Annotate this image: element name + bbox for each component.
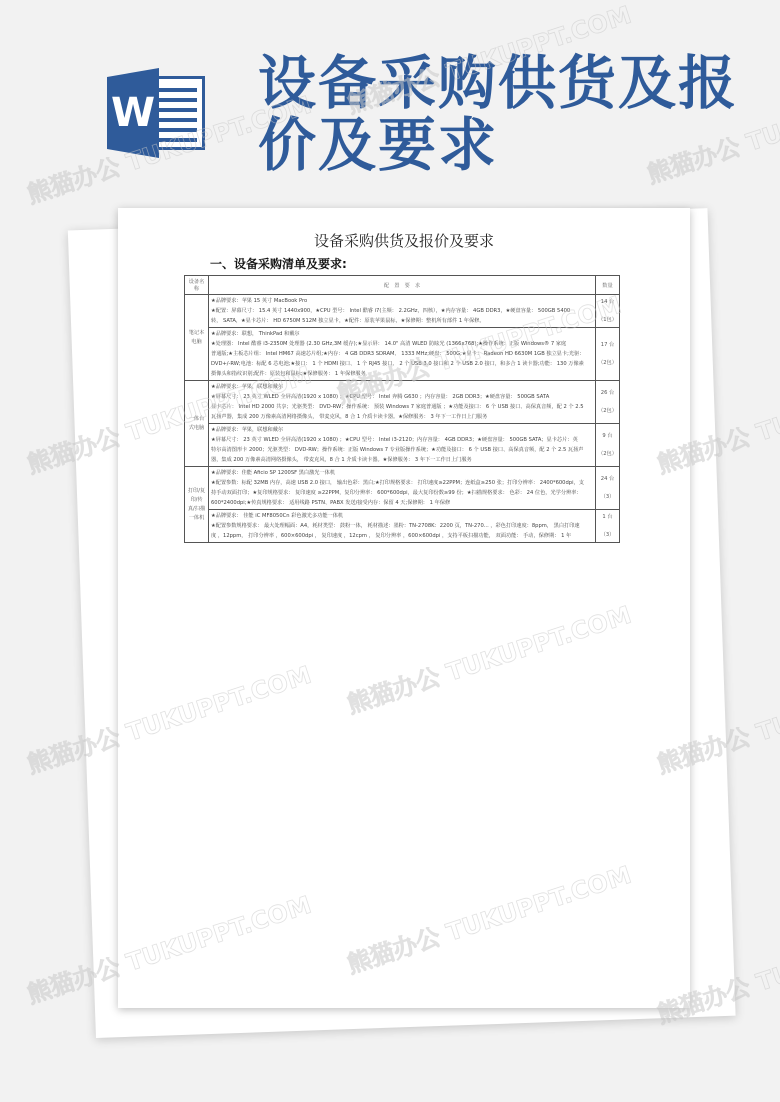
table-body: 笔记本电脑★品牌要求：苹果 15 英寸 MacBook Pro★配置：屏幕尺寸：… bbox=[185, 295, 620, 543]
banner-title: 设备采购供货及报价及要求 bbox=[258, 52, 738, 176]
table-row: 打印/复印/传真/扫描一体机★品牌要求：佳能 Aficio SP 1200SF … bbox=[185, 467, 620, 510]
quantity-value: 26 台 bbox=[598, 387, 617, 399]
config-requirements: ★品牌要求：苹果 15 英寸 MacBook Pro★配置：屏幕尺寸： 15.4… bbox=[209, 295, 596, 328]
header-quantity: 数量 bbox=[596, 276, 620, 295]
table-row: ★品牌要求：联想， ThinkPad 和戴尔★处理器： Intel 酷睿 i3-… bbox=[185, 328, 620, 381]
requirement-line: ★品牌要求：苹果 15 英寸 MacBook Pro bbox=[211, 296, 593, 306]
header-config-requirements: 配 置 要 求 bbox=[209, 276, 596, 295]
quantity-package: （2包） bbox=[598, 448, 617, 460]
quantity-value: 9 台 bbox=[598, 430, 617, 442]
config-requirements: ★品牌要求： 佳能 iC MF8050Cn 彩色激光多功能一体机★配置参数规格要… bbox=[209, 510, 596, 543]
config-requirements: ★品牌要求：联想， ThinkPad 和戴尔★处理器： Intel 酷睿 i3-… bbox=[209, 328, 596, 381]
quantity-value: 14 台 bbox=[598, 296, 617, 308]
requirement-line: 普通版;★主板芯片组： Intel HM67 高速芯片组;★内存： 4 GB D… bbox=[211, 349, 593, 359]
requirement-line: ★配置参数：标配 32MB 内存，高速 USB 2.0 接口， 输出色彩：黑白;… bbox=[211, 478, 593, 488]
header-equipment-name: 设备名称 bbox=[185, 276, 209, 295]
requirement-line: 显卡芯片： Intel HD 2000 共享；光驱类型： DVD-RW；操作系统… bbox=[211, 402, 593, 412]
requirement-line: ★品牌要求：联想， ThinkPad 和戴尔 bbox=[211, 329, 593, 339]
equipment-table: 设备名称 配 置 要 求 数量 笔记本电脑★品牌要求：苹果 15 英寸 MacB… bbox=[184, 275, 620, 543]
requirement-line: ★配置参数规格要求： 最大处理幅面：A4，耗材类型： 鼓粉一体， 耗材描述：墨粉… bbox=[211, 521, 593, 531]
table-row: 笔记本电脑★品牌要求：苹果 15 英寸 MacBook Pro★配置：屏幕尺寸：… bbox=[185, 295, 620, 328]
requirement-line: ★屏幕尺寸： 23 英寸 WLED 全屏高清(1920 x 1080) ；★CP… bbox=[211, 392, 593, 402]
requirement-line: ★屏幕尺寸： 23 英寸 WLED 全屏高清(1920 x 1080) ；★CP… bbox=[211, 435, 593, 445]
quantity-package: （2包） bbox=[598, 357, 617, 369]
equipment-name: 笔记本电脑 bbox=[185, 295, 209, 381]
table-header-row: 设备名称 配 置 要 求 数量 bbox=[185, 276, 620, 295]
document-title: 设备采购供货及报价及要求 bbox=[118, 230, 690, 251]
quantity-package: （1包） bbox=[598, 314, 617, 326]
config-requirements: ★品牌要求：苹果，联想和戴尔★屏幕尺寸： 23 英寸 WLED 全屏高清(192… bbox=[209, 381, 596, 424]
quantity-value: 17 台 bbox=[598, 339, 617, 351]
section-heading: 一、设备采购清单及要求: bbox=[210, 255, 347, 272]
equipment-name: 打印/复印/传真/扫描一体机 bbox=[185, 467, 209, 543]
requirement-line: ★品牌要求：佳能 Aficio SP 1200SF 黑白激光一体机 bbox=[211, 468, 593, 478]
quantity-value: 24 台 bbox=[598, 473, 617, 485]
requirement-line: ★品牌要求： 佳能 iC MF8050Cn 彩色激光多功能一体机 bbox=[211, 511, 593, 521]
requirement-line: ★品牌要求：苹果，联想和戴尔 bbox=[211, 425, 593, 435]
equipment-name: 一体台式电脑 bbox=[185, 381, 209, 467]
quantity-value: 1 台 bbox=[598, 511, 617, 523]
table-row: ★品牌要求： 佳能 iC MF8050Cn 彩色激光多功能一体机★配置参数规格要… bbox=[185, 510, 620, 543]
quantity-cell: 17 台（2包） bbox=[596, 328, 620, 381]
requirement-line: DVD+/-RW;电池：标配 6 芯电池;★接口： 1 个 HDMI 接口、 1… bbox=[211, 359, 593, 369]
quantity-cell: 24 台（3） bbox=[596, 467, 620, 510]
quantity-package: （3） bbox=[598, 529, 617, 541]
banner: W 设备采购供货及报价及要求 bbox=[0, 0, 780, 200]
requirement-line: ★配置：屏幕尺寸： 15.4 英寸 1440x900，★CPU 型号： Inte… bbox=[211, 306, 593, 316]
quantity-package: （3） bbox=[598, 491, 617, 503]
quantity-package: （2包） bbox=[598, 405, 617, 417]
quantity-cell: 1 台（3） bbox=[596, 510, 620, 543]
word-letter: W bbox=[107, 68, 159, 158]
requirement-line: 转， SATA，★显卡芯片： HD 6750M 512M 独立显卡，★配件：原装… bbox=[211, 316, 593, 326]
requirement-line: 摄像头和指纹识别;配件：原装包和鼠标;★保修服务： 1 年保修服务 bbox=[211, 369, 593, 379]
config-requirements: ★品牌要求：佳能 Aficio SP 1200SF 黑白激光一体机★配置参数：标… bbox=[209, 467, 596, 510]
requirement-line: 器，集成 200 万像素高清网络摄像头， 带麦克风，8 合 1 介质卡读卡器。★… bbox=[211, 455, 593, 465]
quantity-cell: 26 台（2包） bbox=[596, 381, 620, 424]
requirement-line: ★处理器： Intel 酷睿 i3-2350M 处理器 (2.30 GHz,3M… bbox=[211, 339, 593, 349]
requirement-line: ★品牌要求：苹果，联想和戴尔 bbox=[211, 382, 593, 392]
table-row: ★品牌要求：苹果，联想和戴尔★屏幕尺寸： 23 英寸 WLED 全屏高清(192… bbox=[185, 424, 620, 467]
requirement-line: 600*2400dpi;★传真规格要求： 适用线路 PSTN、PABX 发送/接… bbox=[211, 498, 593, 508]
document-page: 设备采购供货及报价及要求 一、设备采购清单及要求: 设备名称 配 置 要 求 数… bbox=[118, 208, 690, 1008]
requirement-line: 持手动双面打印；★复印规格要求： 复印速度 ≥22PPM，复印分辨率： 600*… bbox=[211, 488, 593, 498]
requirement-line: 度 ，12ppm， 打印分辨率 ，600×600dpi ， 复印速度 ，12cp… bbox=[211, 531, 593, 541]
requirement-line: 瓦扬声器，集成 200 万像素高清网络摄像头， 带麦克风，8 合 1 介质卡读卡… bbox=[211, 412, 593, 422]
config-requirements: ★品牌要求：苹果，联想和戴尔★屏幕尺寸： 23 英寸 WLED 全屏高清(192… bbox=[209, 424, 596, 467]
quantity-cell: 14 台（1包） bbox=[596, 295, 620, 328]
table-row: 一体台式电脑★品牌要求：苹果，联想和戴尔★屏幕尺寸： 23 英寸 WLED 全屏… bbox=[185, 381, 620, 424]
requirement-line: 特尔高清图形卡 2000；光驱类型： DVD-RW；操作系统：正版 Window… bbox=[211, 445, 593, 455]
word-document-icon: W bbox=[107, 68, 207, 158]
quantity-cell: 9 台（2包） bbox=[596, 424, 620, 467]
